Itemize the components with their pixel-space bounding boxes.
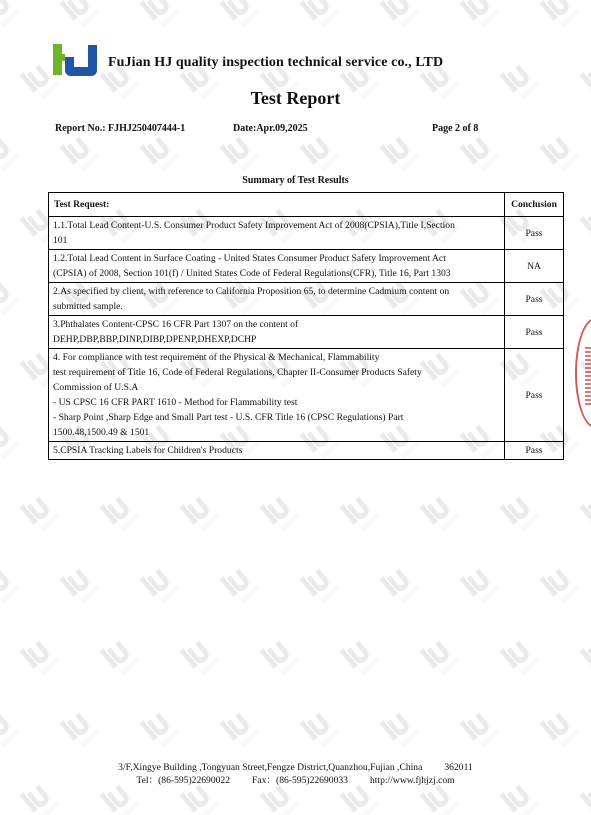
hj-watermark-icon: 华检质检: [298, 559, 346, 607]
logo-green-stroke: [53, 44, 62, 75]
hj-watermark-icon: 华检质检: [58, 703, 106, 751]
test-request-cell: 3.Phthalates Content-CPSC 16 CFR Part 13…: [49, 316, 505, 349]
hj-watermark-icon: 华检质检: [298, 127, 346, 175]
hj-watermark-icon: 华检质检: [298, 0, 346, 31]
report-date: Date:Apr.09,2025: [233, 123, 308, 134]
red-company-seal-icon: [575, 318, 591, 428]
column-header-test-request: Test Request:: [49, 193, 505, 217]
hj-watermark-icon: 华检质检: [378, 703, 426, 751]
hj-watermark-icon: 华检质检: [178, 631, 226, 679]
test-request-cell: 5.CPSIA Tracking Labels for Children's P…: [49, 442, 505, 460]
conclusion-cell: Pass: [505, 283, 564, 316]
hj-watermark-icon: 华检质检: [58, 559, 106, 607]
summary-table: Test Request: Conclusion 1.1.Total Lead …: [48, 192, 564, 460]
test-request-line: 101: [53, 233, 500, 248]
hj-watermark-icon: 华检质检: [418, 487, 466, 535]
logo-blue-stroke: [65, 45, 97, 76]
hj-watermark-icon: 华检质检: [378, 0, 426, 31]
table-header-row: Test Request: Conclusion: [49, 193, 564, 217]
hj-watermark-icon: 华检质检: [538, 559, 586, 607]
conclusion-cell: NA: [505, 250, 564, 283]
hj-watermark-icon: 华检质检: [538, 127, 586, 175]
hj-watermark-icon: 华检质检: [98, 487, 146, 535]
hj-watermark-icon: 华检质检: [578, 199, 591, 247]
hj-watermark-icon: 华检质检: [18, 487, 66, 535]
conclusion-cell: Pass: [505, 217, 564, 250]
hj-watermark-icon: 华检质检: [138, 559, 186, 607]
test-request-line: (CPSIA) of 2008, Section 101(f) / United…: [53, 266, 500, 281]
test-request-line: Commission of U.S.A: [53, 380, 500, 395]
hj-watermark-icon: 华检质检: [218, 703, 266, 751]
report-title: Test Report: [0, 88, 591, 109]
test-request-line: 3.Phthalates Content-CPSC 16 CFR Part 13…: [53, 317, 500, 332]
footer: 3/F,Xingye Building ,Tongyuan Street,Fen…: [0, 761, 591, 787]
test-request-line: - Sharp Point ,Sharp Edge and Small Part…: [53, 410, 500, 425]
hj-watermark-icon: 华检质检: [0, 703, 26, 751]
hj-watermark-icon: 华检质检: [538, 0, 586, 31]
conclusion-cell: Pass: [505, 349, 564, 442]
hj-watermark-icon: 华检质检: [338, 487, 386, 535]
hj-watermark-icon: 华检质检: [0, 127, 26, 175]
test-request-line: - US CPSC 16 CFR PART 1610 - Method for …: [53, 395, 500, 410]
hj-watermark-icon: 华检质检: [498, 487, 546, 535]
conclusion-cell: Pass: [505, 316, 564, 349]
table-row: 4. For compliance with test requirement …: [49, 349, 564, 442]
hj-watermark-icon: 华检质检: [0, 559, 26, 607]
footer-address: 3/F,Xingye Building ,Tongyuan Street,Fen…: [118, 761, 422, 774]
hj-watermark-icon: 华检质检: [578, 631, 591, 679]
test-request-line: 2.As specified by client, with reference…: [53, 284, 500, 299]
test-request-cell: 1.2.Total Lead Content in Surface Coatin…: [49, 250, 505, 283]
hj-watermark-icon: 华检质检: [18, 631, 66, 679]
test-request-line: test requirement of Title 16, Code of Fe…: [53, 365, 500, 380]
hj-watermark-icon: 华检质检: [458, 0, 506, 31]
hj-watermark-icon: 华检质检: [138, 0, 186, 31]
table-row: 1.1.Total Lead Content-U.S. Consumer Pro…: [49, 217, 564, 250]
footer-fax: Fax：(86-595)22690033: [252, 774, 348, 787]
hj-watermark-icon: 华检质检: [218, 0, 266, 31]
page-indicator: Page 2 of 8: [432, 123, 478, 134]
hj-watermark-icon: 华检质检: [458, 559, 506, 607]
footer-tel: Tel：(86-595)22690022: [136, 774, 230, 787]
hj-watermark-icon: 华检质检: [298, 703, 346, 751]
hj-watermark-icon: 华检质检: [138, 703, 186, 751]
hj-logo-icon: [53, 44, 99, 78]
report-number: Report No.: FJHJ250407444-1: [55, 123, 185, 134]
company-name: FuJian HJ quality inspection technical s…: [108, 55, 443, 71]
hj-watermark-icon: 华检质检: [0, 415, 26, 463]
hj-watermark-icon: 华检质检: [378, 559, 426, 607]
footer-postcode: 362011: [444, 761, 472, 774]
hj-watermark-icon: 华检质检: [138, 127, 186, 175]
test-request-line: 5.CPSIA Tracking Labels for Children's P…: [53, 443, 500, 458]
hj-watermark-icon: 华检质检: [458, 127, 506, 175]
hj-watermark-icon: 华检质检: [218, 127, 266, 175]
test-request-cell: 2.As specified by client, with reference…: [49, 283, 505, 316]
test-request-cell: 4. For compliance with test requirement …: [49, 349, 505, 442]
hj-watermark-icon: 华检质检: [218, 559, 266, 607]
table-row: 2.As specified by client, with reference…: [49, 283, 564, 316]
test-request-line: 1.2.Total Lead Content in Surface Coatin…: [53, 251, 500, 266]
hj-watermark-icon: 华检质检: [418, 631, 466, 679]
hj-watermark-icon: 华检质检: [538, 703, 586, 751]
table-row: 3.Phthalates Content-CPSC 16 CFR Part 13…: [49, 316, 564, 349]
hj-watermark-icon: 华检质检: [258, 631, 306, 679]
test-request-line: 1.1.Total Lead Content-U.S. Consumer Pro…: [53, 218, 500, 233]
hj-watermark-icon: 华检质检: [58, 127, 106, 175]
hj-watermark-icon: 华检质检: [578, 487, 591, 535]
table-row: 5.CPSIA Tracking Labels for Children's P…: [49, 442, 564, 460]
conclusion-cell: Pass: [505, 442, 564, 460]
hj-watermark-icon: 华检质检: [0, 0, 26, 31]
test-request-line: 1500.48,1500.49 & 1501: [53, 425, 500, 440]
hj-watermark-icon: 华检质检: [0, 271, 26, 319]
hj-watermark-icon: 华检质检: [258, 487, 306, 535]
hj-watermark-icon: 华检质检: [338, 631, 386, 679]
test-request-line: DEHP,DBP,BBP,DINP,DIBP,DPENP,DHEXP,DCHP: [53, 332, 500, 347]
column-header-conclusion: Conclusion: [505, 193, 564, 217]
test-request-cell: 1.1.Total Lead Content-U.S. Consumer Pro…: [49, 217, 505, 250]
test-request-line: 4. For compliance with test requirement …: [53, 350, 500, 365]
footer-website[interactable]: http://www.fjhjzj.com: [370, 774, 455, 787]
test-request-line: submitted sample.: [53, 299, 500, 314]
hj-watermark-icon: 华检质检: [178, 487, 226, 535]
hj-watermark-icon: 华检质检: [378, 127, 426, 175]
hj-watermark-icon: 华检质检: [498, 631, 546, 679]
hj-watermark-icon: 华检质检: [58, 0, 106, 31]
summary-title: Summary of Test Results: [0, 175, 591, 186]
hj-watermark-icon: 华检质检: [98, 631, 146, 679]
table-row: 1.2.Total Lead Content in Surface Coatin…: [49, 250, 564, 283]
hj-watermark-icon: 华检质检: [458, 703, 506, 751]
